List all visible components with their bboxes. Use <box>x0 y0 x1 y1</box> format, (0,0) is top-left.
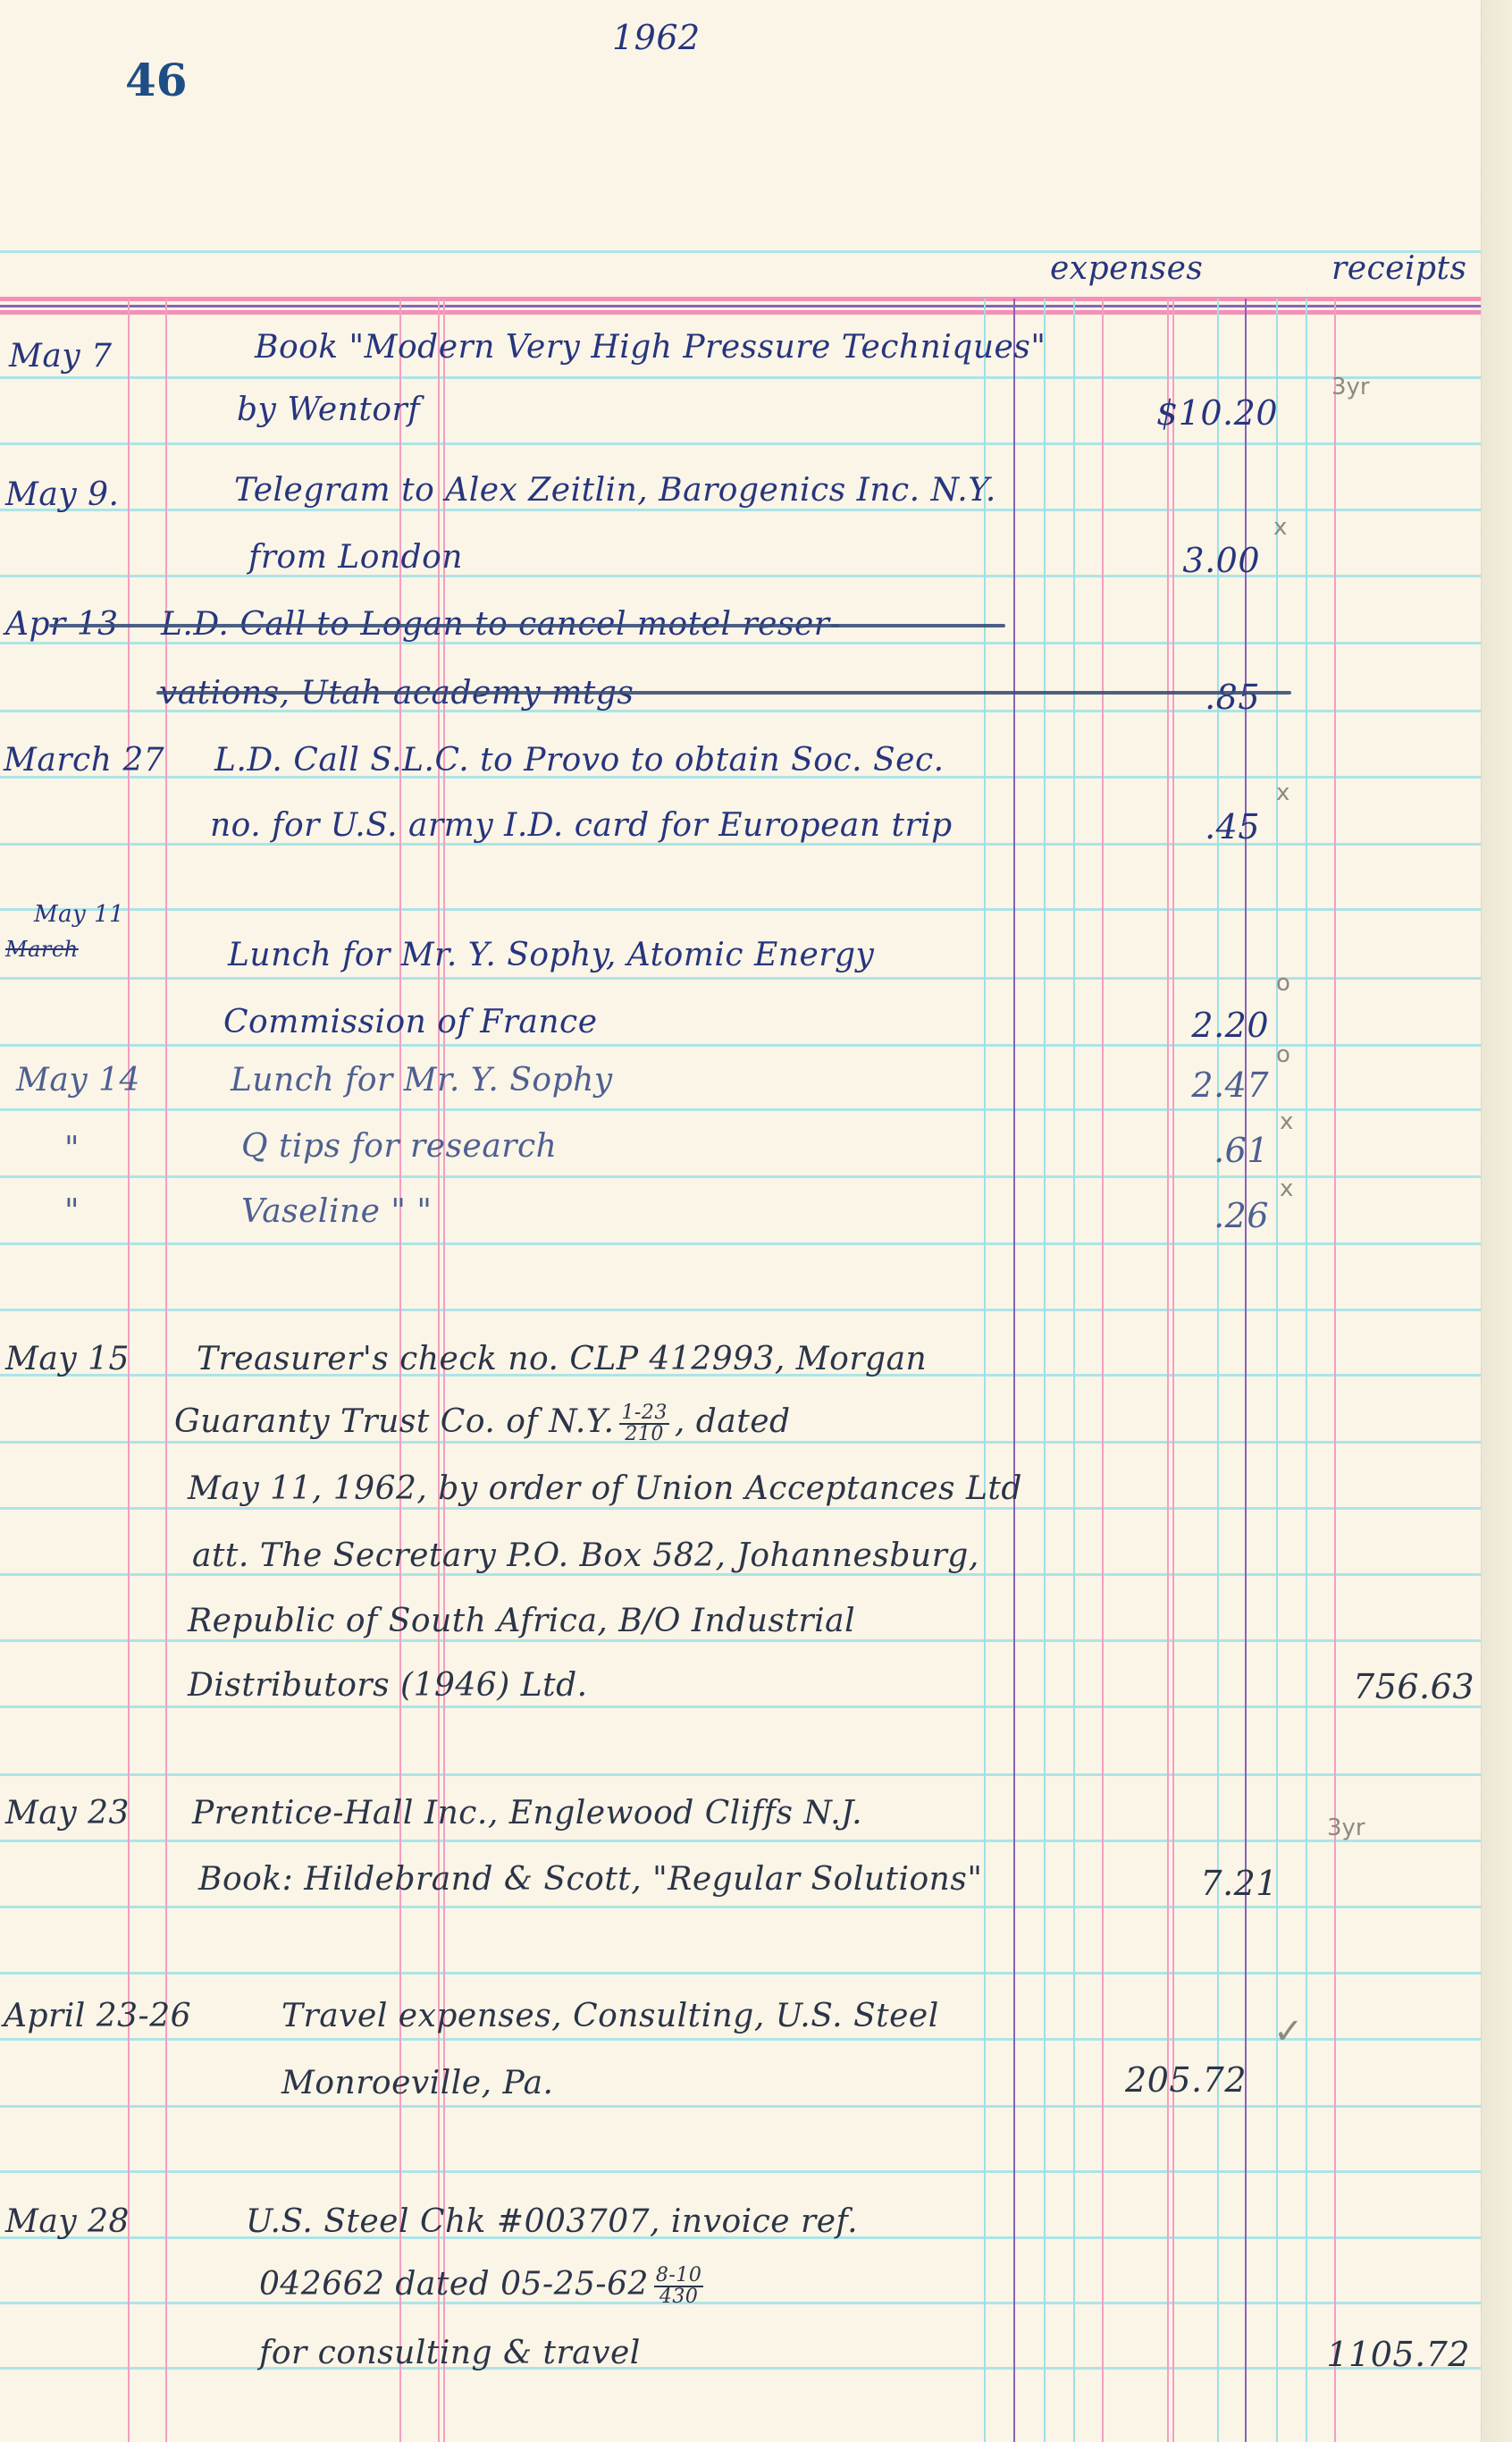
entry-description-line: from London <box>248 539 463 576</box>
entry-description-line: May 11, 1962, by order of Union Acceptan… <box>188 1470 1022 1507</box>
entry-date: May 9. <box>5 476 119 513</box>
pencil-note: 3yr <box>1327 1815 1365 1841</box>
entry-description-line: 042662 dated 05-25-628-10430 <box>259 2266 709 2307</box>
entry-description-line: U.S. Steel Chk #003707, invoice ref. <box>246 2203 858 2240</box>
entry-description-line: Commission of France <box>223 1004 598 1040</box>
expense-amount: .26 <box>1153 1196 1269 1235</box>
entry-date: April 23-26 <box>4 1998 191 2034</box>
entry-date: May 7 <box>9 338 113 375</box>
entry-description-line: Vaseline " " <box>241 1193 432 1230</box>
expense-amount: .45 <box>1144 807 1260 846</box>
pencil-check-mark: ✓ <box>1273 2011 1304 2052</box>
entry-description-line: Republic of South Africa, B/O Industrial <box>188 1603 855 1639</box>
entry-description-line: Lunch for Mr. Y. Sophy, Atomic Energy <box>228 937 874 973</box>
entry-description-line: Distributors (1946) Ltd. <box>188 1667 588 1704</box>
receipt-amount: 756.63 <box>1323 1667 1474 1706</box>
check-routing-fraction: 1-23210 <box>619 1403 668 1444</box>
entry-description-line: for consulting & travel <box>259 2335 641 2371</box>
entry-date: May 28 <box>5 2203 130 2240</box>
entry-description-line: Lunch for Mr. Y. Sophy <box>231 1062 613 1099</box>
entry-description-line: Monroeville, Pa. <box>281 2065 554 2101</box>
year-heading: 1962 <box>612 18 701 57</box>
expense-amount: $10.20 <box>1108 393 1278 433</box>
pencil-note: 3yr <box>1331 374 1370 400</box>
expense-amount: .61 <box>1153 1131 1269 1170</box>
pencil-note: o <box>1276 970 1290 997</box>
entry-description-line: att. The Secretary P.O. Box 582, Johanne… <box>192 1537 979 1574</box>
header-rule-pink-top <box>0 297 1481 301</box>
entry-description-line: Treasurer's check no. CLP 412993, Morgan <box>197 1341 927 1377</box>
entry-date: May 14 <box>16 1062 140 1099</box>
entry-description-line: Telegram to Alex Zeitlin, Barogenics Inc… <box>234 472 996 509</box>
entry-description-line: no. for U.S. army I.D. card for European… <box>210 807 953 844</box>
entry-description-line: Q tips for research <box>241 1128 557 1165</box>
check-routing-fraction: 8-10430 <box>654 2266 703 2307</box>
pencil-check-mark: x <box>1280 1175 1293 1202</box>
entry-date: May 15 <box>5 1341 130 1377</box>
expense-amount: 2.20 <box>1135 1006 1269 1045</box>
entry-description-line: Travel expenses, Consulting, U.S. Steel <box>281 1998 939 2034</box>
header-rule-purple <box>0 305 1481 307</box>
entry-description-line: Prentice-Hall Inc., Englewood Cliffs N.J… <box>192 1795 862 1831</box>
pencil-note: o <box>1276 1041 1290 1068</box>
pencil-check-mark: x <box>1280 1108 1293 1135</box>
entry-description-line: Guaranty Trust Co. of N.Y.1-23210, dated <box>174 1403 791 1444</box>
ledger-page: 46 1962 expenses receipts May 7 Book "Mo… <box>0 0 1481 2442</box>
page-number: 46 <box>125 54 188 106</box>
strikethrough-line <box>49 624 1005 627</box>
entry-date: May 23 <box>5 1795 130 1831</box>
pencil-check-mark: x <box>1273 514 1287 541</box>
expense-amount: 205.72 <box>1086 2060 1247 2100</box>
pencil-check-mark: x <box>1276 779 1289 806</box>
page-edge <box>1481 0 1512 2442</box>
entry-description-line: Book "Modern Very High Pressure Techniqu… <box>255 329 1046 366</box>
receipt-amount: 1105.72 <box>1287 2335 1470 2374</box>
entry-description-line: Book: Hildebrand & Scott, "Regular Solut… <box>198 1861 982 1898</box>
expense-amount: 3.00 <box>1108 541 1260 580</box>
header-rule-pink-bottom <box>0 310 1481 315</box>
expense-amount: 2.47 <box>1135 1065 1269 1105</box>
entry-date: " <box>64 1131 80 1167</box>
receipts-column-header: receipts <box>1331 250 1466 287</box>
expense-amount: .85 <box>1144 678 1260 717</box>
strikethrough-line <box>156 691 1291 695</box>
entry-date: " <box>64 1193 80 1230</box>
entry-description-line: by Wentorf <box>237 392 420 428</box>
expense-amount: 7.21 <box>1144 1864 1278 1903</box>
entry-date: May 11 <box>34 901 124 928</box>
entry-date: March 27 <box>4 742 164 779</box>
entry-description-line: L.D. Call S.L.C. to Provo to obtain Soc.… <box>214 742 945 779</box>
struck-date: March <box>5 937 79 962</box>
expenses-column-header: expenses <box>1050 250 1203 287</box>
